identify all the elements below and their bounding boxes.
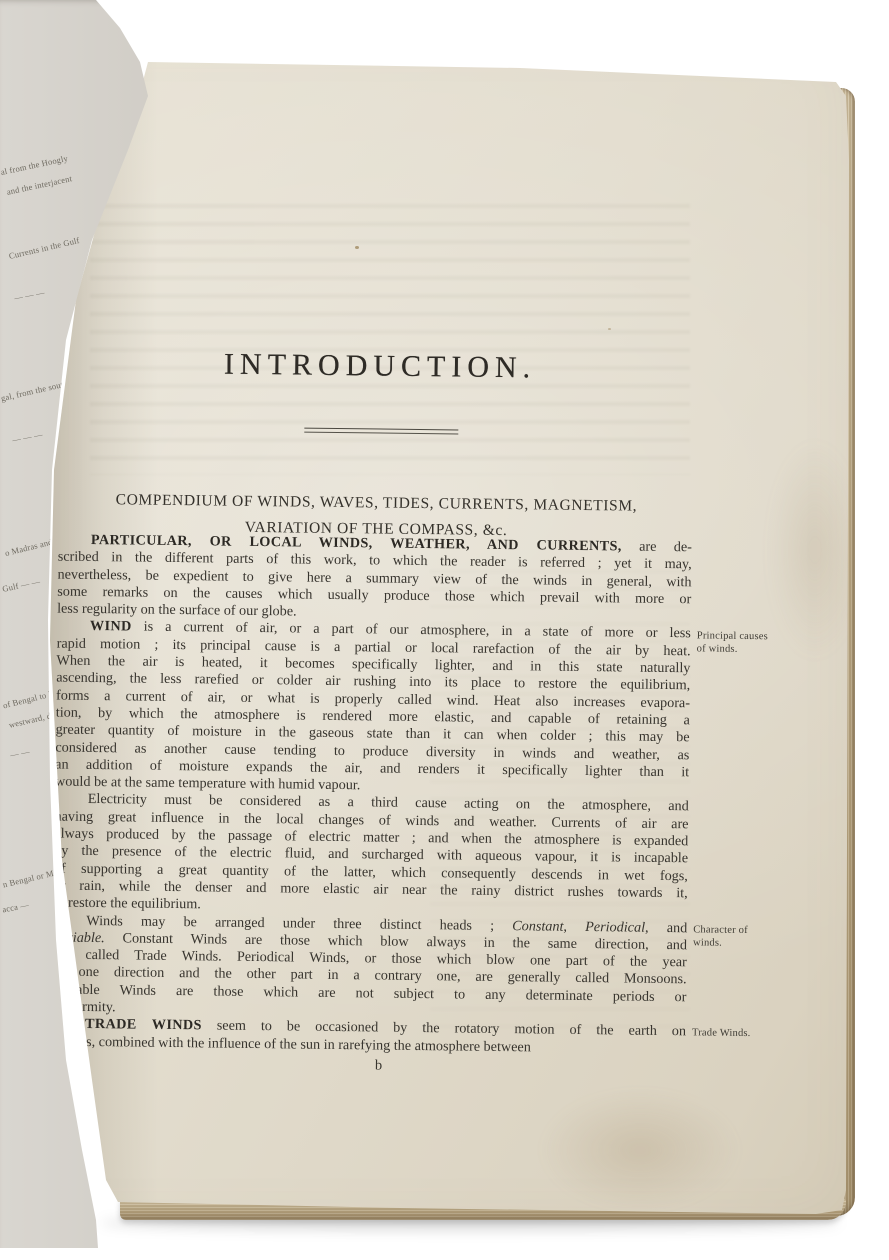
previous-page-text-fragment: Gulf — — (1, 576, 41, 594)
book-page: INTRODUCTION. COMPENDIUM OF WINDS, WAVES… (0, 0, 889, 1260)
signature-mark: b (51, 1054, 685, 1079)
previous-page-text-fragment: — — — (11, 429, 43, 445)
margin-note-trade-winds: Trade Winds. (692, 1027, 764, 1040)
title-rule (304, 428, 458, 435)
book-photograph: INTRODUCTION. COMPENDIUM OF WINDS, WAVES… (0, 0, 889, 1260)
previous-page-text-fragment: and the interjacent (6, 173, 73, 197)
previous-page-text-fragment: n Bengal or Madra (2, 865, 70, 890)
previous-page-text-fragment: Currents in the Gulf (8, 235, 81, 261)
paragraph-5-lead: TRADE WINDS (85, 1016, 202, 1033)
page-title: INTRODUCTION. (60, 343, 694, 391)
paragraph-4-italic: Constant (512, 918, 563, 935)
printed-content: INTRODUCTION. COMPENDIUM OF WINDS, WAVES… (0, 0, 889, 1260)
previous-page-text-fragment: — — — (13, 287, 45, 303)
paragraph-4-text: , (563, 918, 585, 934)
margin-note-character-of-winds: Character of winds. (693, 924, 765, 950)
paragraph-4-italic: Variable. (53, 929, 105, 946)
previous-page-text-fragment: — — (9, 746, 30, 760)
previous-page-text-fragment: al from the Hoogly (0, 153, 69, 177)
previous-page-text-fragment: acca — (1, 900, 29, 915)
body-text: PARTICULAR, OR LOCAL WINDS, WEATHER, AND… (52, 532, 692, 1059)
paragraph-4-text: , and (645, 919, 687, 936)
paragraph-2-lead: WIND (90, 618, 132, 635)
paragraph-1-text: are de- (622, 538, 692, 555)
paragraph-4-italic: Periodical (585, 919, 645, 936)
margin-note-principal-causes: Principal causes of winds. (697, 630, 769, 656)
